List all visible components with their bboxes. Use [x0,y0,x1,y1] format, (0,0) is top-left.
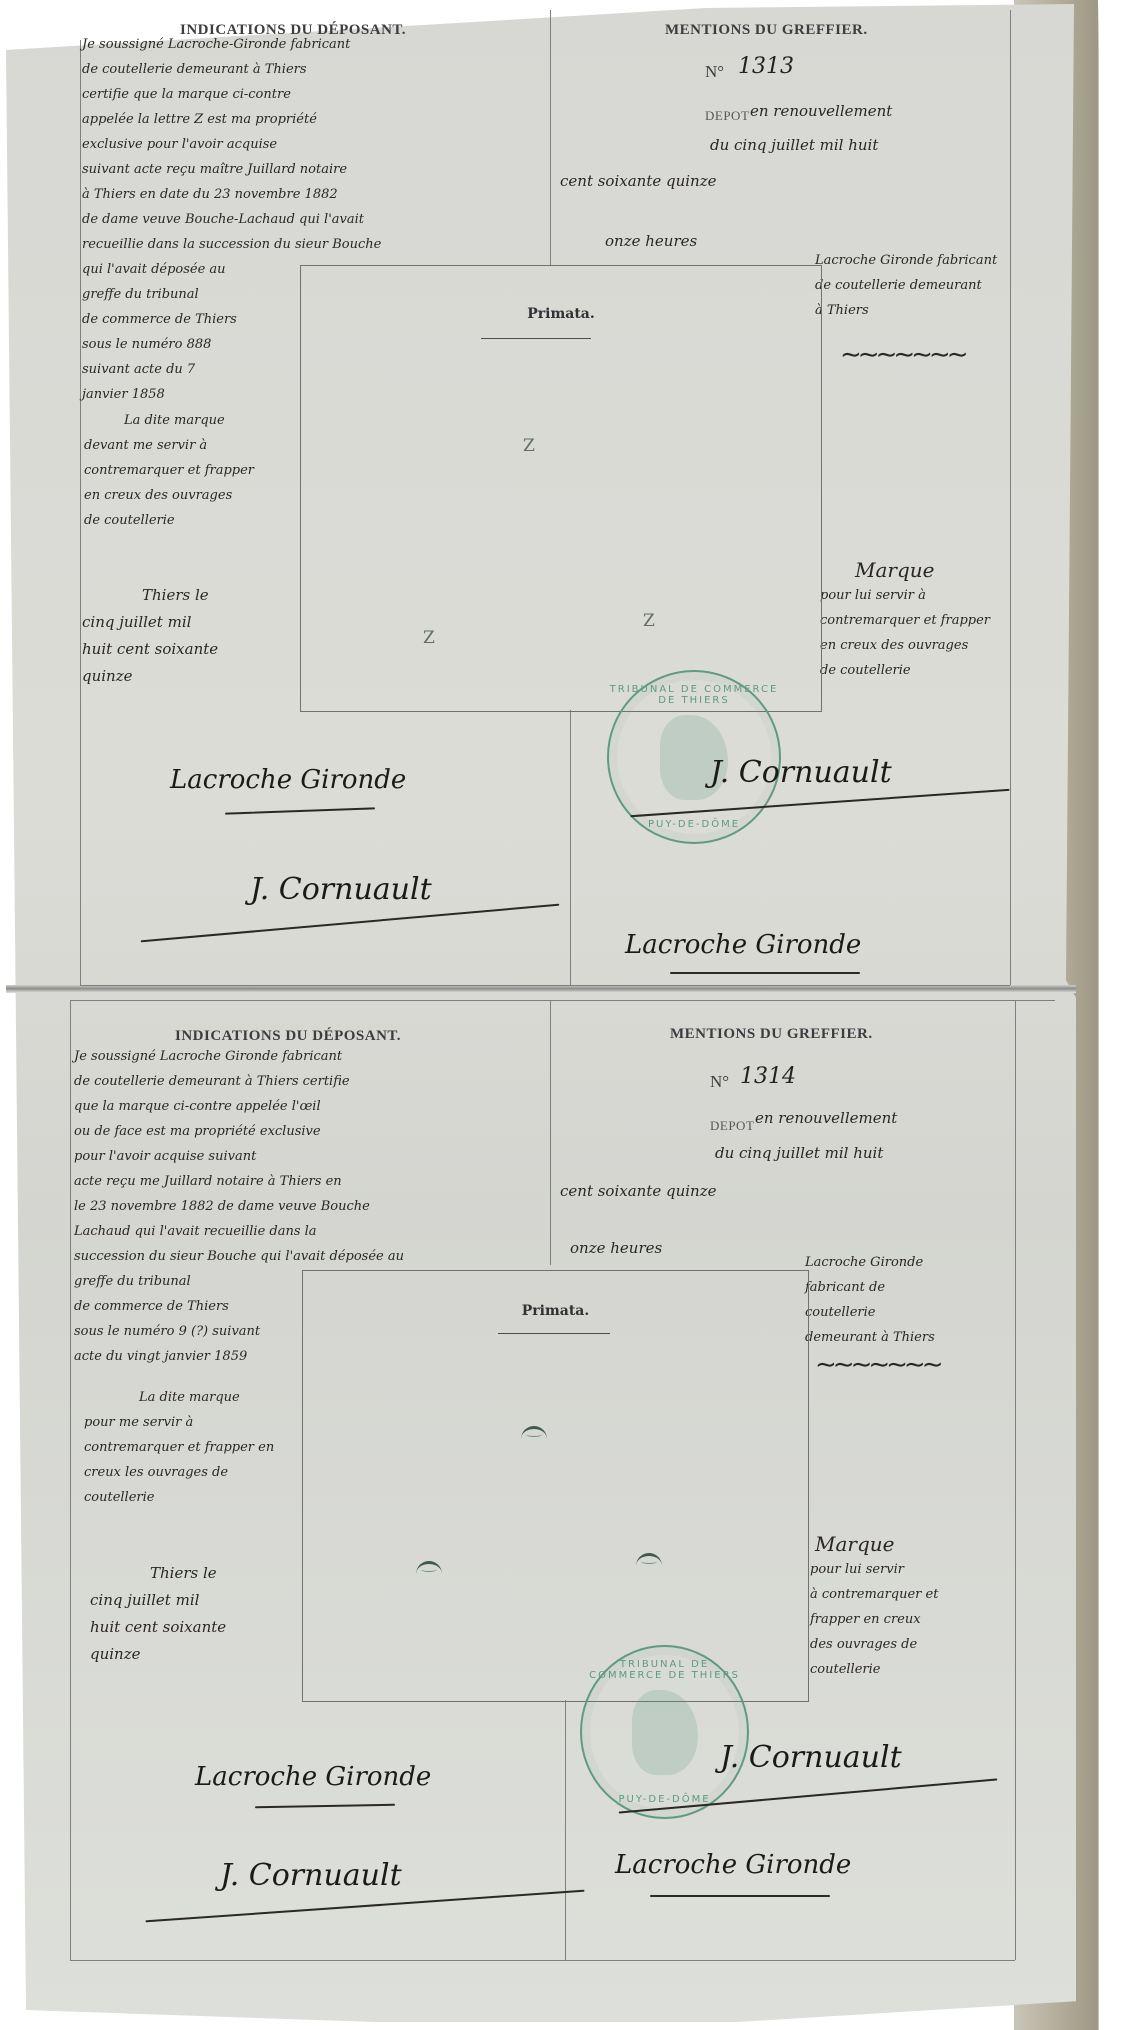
date-line: huit cent soixante [90,1614,226,1641]
left-margin-line [80,40,81,985]
usage-line: contremarquer et frapper en [84,1435,274,1460]
declaration-line: appelée la lettre Z est ma propriété [82,107,381,132]
date-line: huit cent soixante [82,636,218,663]
stamp-text-bottom: PUY-DE-DÔME [609,819,779,830]
signature-flourish [225,807,375,814]
trademark-eye-mark-icon [636,1553,662,1566]
registration-number: 1313 [738,54,794,79]
signature-flourish [650,1895,830,1897]
clerk-depositor-line: Lacroche Gironde fabricant [815,248,997,273]
usage-line: creux les ouvrages de [84,1460,274,1485]
usage-line: contremarquer et frapper [84,458,254,483]
clerk-usage-line: des ouvrages de [810,1632,938,1657]
depositor-column-header: INDICATIONS DU DÉPOSANT. [175,1028,401,1045]
depositor-signature-right: Lacroche Gironde [615,1850,851,1880]
clerk-usage-line: pour lui servir [810,1557,938,1582]
clerk-depositor-line: demeurant à Thiers [805,1325,935,1350]
stamp-text-top: TRIBUNAL DE COMMERCE DE THIERS [609,684,779,706]
left-margin-line [70,1000,71,1960]
usage-line: de coutellerie [84,508,254,533]
clerk-usage-note: Marque pour lui servir à contremarquer e… [820,558,990,683]
clerk-depositor-line: à Thiers [815,298,997,323]
depositor-signature-right: Lacroche Gironde [625,930,861,960]
date-line: cinq juillet mil [90,1587,226,1614]
trademark-mark-z: Z [423,628,435,648]
declaration-line: à Thiers en date du 23 novembre 1882 [82,182,381,207]
declaration-line: acte reçu me Juillard notaire à Thiers e… [74,1169,404,1194]
declaration-line: pour l'avoir acquise suivant [74,1144,404,1169]
clerk-date-line: cent soixante quinze [560,168,717,195]
declaration-line: de coutellerie demeurant à Thiers [82,57,381,82]
signature-flourish [670,972,860,974]
place-and-date: Thiers le cinq juillet mil huit cent soi… [90,1560,226,1668]
clerk-date-line: du cinq juillet mil huit [710,132,878,159]
stamp-text-top: TRIBUNAL DE COMMERCE DE THIERS [582,1659,747,1681]
number-label: N° [710,1072,729,1092]
bottom-line [70,1960,1015,1961]
declaration-line: ou de face est ma propriété exclusive [74,1119,404,1144]
trademark-eye-mark-icon [521,1426,547,1439]
top-line [70,1000,1055,1001]
primata-label: Primata. [301,306,821,322]
register-entry-1313: INDICATIONS DU DÉPOSANT. MENTIONS DU GRE… [70,10,1045,985]
usage-line: devant me servir à [84,433,254,458]
clerk-renewal-line: en renouvellement [750,98,892,125]
signature-column-divider [570,710,571,985]
trademark-eye-mark-icon [416,1561,442,1574]
clerk-usage-line: pour lui servir à [820,583,990,608]
stamp-emblem-icon [632,1690,698,1775]
signature-flourish [255,1804,395,1808]
trademark-mark-z: Z [523,436,535,456]
clerk-date-line: du cinq juillet mil huit [715,1140,883,1167]
clerk-depositor-line: Lacroche Gironde [805,1250,935,1275]
wavy-line-separator: ∼∼∼∼∼∼∼ [815,1350,940,1380]
register-entry-1314: INDICATIONS DU DÉPOSANT. MENTIONS DU GRE… [70,1000,1055,1985]
clerk-usage-line: à contremarquer et [810,1582,938,1607]
column-divider [550,10,551,265]
signature-flourish [145,1890,584,1923]
clerk-signature: J. Cornuault [250,872,432,907]
trademark-specimen-box: Primata. Z Z Z [300,265,822,712]
usage-line: coutellerie [84,1485,274,1510]
clerk-usage-line: frapper en creux [810,1607,938,1632]
primata-underline [498,1333,610,1334]
clerk-usage-line: Marque [810,1532,938,1557]
clerk-usage-line: coutellerie [810,1657,938,1682]
trademark-specimen-box: Primata. [302,1270,809,1702]
depositor-usage-note: La dite marque pour me servir à contrema… [84,1385,274,1510]
wavy-line-separator: ∼∼∼∼∼∼∼ [840,340,965,370]
trademark-mark-z: Z [643,611,655,631]
clerk-signature-right: J. Cornuault [710,755,892,790]
declaration-line: de coutellerie demeurant à Thiers certif… [74,1069,404,1094]
declaration-line: recueillie dans la succession du sieur B… [82,232,381,257]
declaration-line: de dame veuve Bouche-Lachaud qui l'avait [82,207,381,232]
depot-label: DEPOT [705,108,749,124]
declaration-line: succession du sieur Bouche qui l'avait d… [74,1244,404,1269]
clerk-renewal-line: en renouvellement [755,1105,897,1132]
clerk-date-line: cent soixante quinze [560,1178,717,1205]
clerk-column-header: MENTIONS DU GREFFIER. [670,1026,873,1043]
declaration-line: que la marque ci-contre appelée l'œil [74,1094,404,1119]
signature-column-divider [565,1700,566,1960]
clerk-depositor-name: Lacroche Gironde fabricant de coutelleri… [815,248,997,323]
right-margin-line [1010,10,1011,985]
clerk-usage-line: en creux des ouvrages [820,633,990,658]
declaration-line: suivant acte reçu maître Juillard notair… [82,157,381,182]
clerk-usage-line: Marque [820,558,990,583]
declaration-line: exclusive pour l'avoir acquise [82,132,381,157]
clerk-signature-right: J. Cornuault [720,1740,902,1775]
usage-line: La dite marque [84,1385,274,1410]
declaration-line: Je soussigné Lacroche-Gironde fabricant [82,32,381,57]
date-line: Thiers le [82,582,218,609]
depositor-signature: Lacroche Gironde [170,765,406,795]
date-line: Thiers le [90,1560,226,1587]
tribunal-stamp: TRIBUNAL DE COMMERCE DE THIERS PUY-DE-DÔ… [580,1645,749,1819]
declaration-line: certifie que la marque ci-contre [82,82,381,107]
clerk-time-line: onze heures [605,228,697,255]
date-line: quinze [90,1641,226,1668]
usage-line: La dite marque [84,408,254,433]
clerk-depositor-line: coutellerie [805,1300,935,1325]
depositor-usage-note: La dite marque devant me servir à contre… [84,408,254,533]
number-label: N° [705,62,724,82]
sheet-fold [6,985,1076,993]
primata-label: Primata. [303,1303,808,1319]
signature-flourish [141,904,560,943]
clerk-signature: J. Cornuault [220,1858,402,1893]
usage-line: pour me servir à [84,1410,274,1435]
clerk-usage-note: Marque pour lui servir à contremarquer e… [810,1532,938,1682]
column-divider [550,1000,551,1265]
date-line: cinq juillet mil [82,609,218,636]
depositor-signature: Lacroche Gironde [195,1762,431,1792]
right-margin-line [1015,1000,1016,1960]
declaration-line: Lachaud qui l'avait recueillie dans la [74,1219,404,1244]
clerk-depositor-line: de coutellerie demeurant [815,273,997,298]
clerk-usage-line: de coutellerie [820,658,990,683]
usage-line: en creux des ouvrages [84,483,254,508]
date-line: quinze [82,663,218,690]
depot-label: DEPOT [710,1118,754,1134]
place-and-date: Thiers le cinq juillet mil huit cent soi… [82,582,218,690]
primata-underline [481,338,591,339]
bottom-line [80,985,1010,986]
clerk-time-line: onze heures [570,1235,662,1262]
clerk-depositor-name: Lacroche Gironde fabricant de coutelleri… [805,1250,935,1350]
clerk-column-header: MENTIONS DU GREFFIER. [665,22,868,39]
clerk-usage-line: contremarquer et frapper [820,608,990,633]
clerk-depositor-line: fabricant de [805,1275,935,1300]
declaration-line: Je soussigné Lacroche Gironde fabricant [74,1044,404,1069]
declaration-line: le 23 novembre 1882 de dame veuve Bouche [74,1194,404,1219]
registration-number: 1314 [740,1064,796,1089]
